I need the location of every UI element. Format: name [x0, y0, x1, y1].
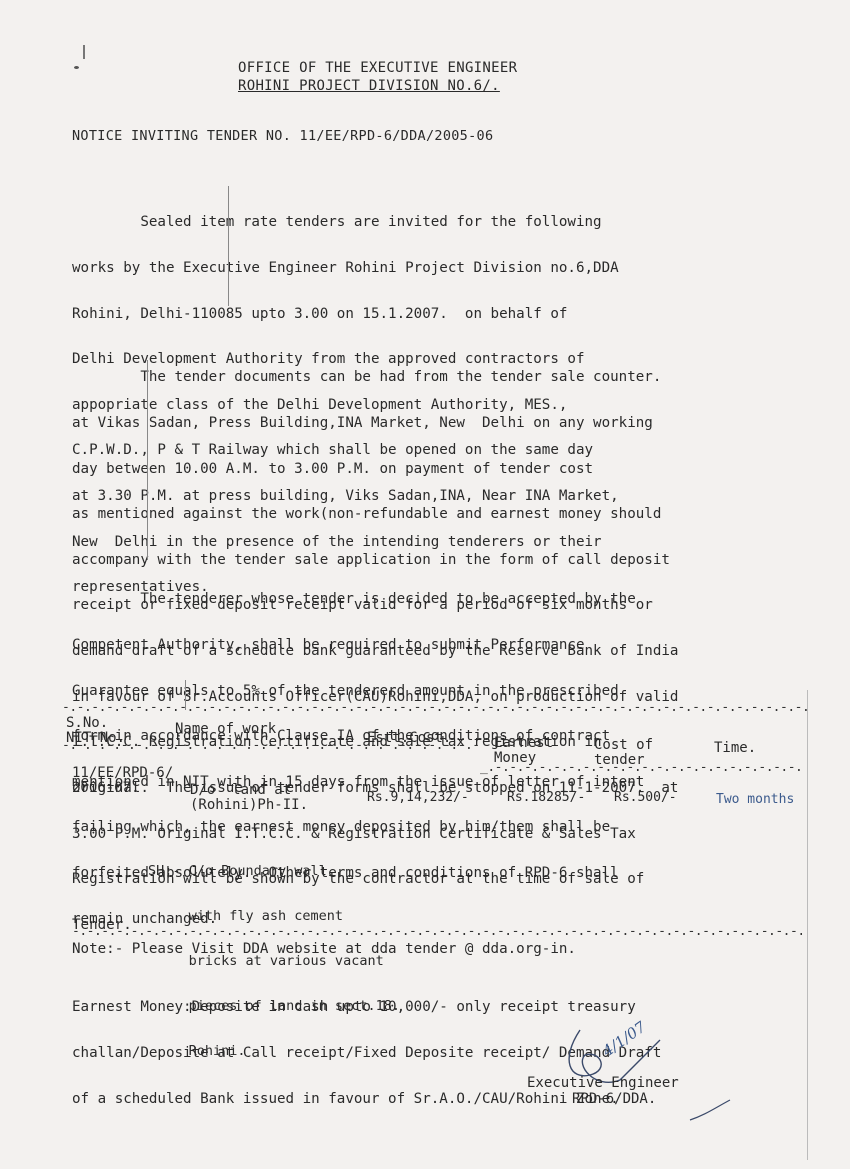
sh-line: with fly ash cement — [148, 909, 400, 924]
division-heading: ROHINI PROJECT DIVISION NO.6/. — [238, 78, 500, 94]
paragraph-line: The tender documents can be had from the… — [72, 370, 678, 385]
paragraph-line: The tenderer whose tender is decided to … — [72, 592, 644, 607]
table-bottom-rule: -.-.-.-.-.-.-.-.-.-.-.-.-.-.-.-.-.-.-.-.… — [72, 924, 802, 939]
office-heading: OFFICE OF THE EXECUTIVE ENGINEER — [238, 60, 517, 76]
notice-title: NOTICE INVITING TENDER NO. 11/EE/RPD-6/D… — [72, 128, 493, 144]
cell-earnest-money: Rs.18285/- — [507, 790, 585, 805]
scan-artifact-line — [807, 690, 808, 1160]
paragraph-line: as mentioned against the work(non-refund… — [72, 507, 678, 522]
cell-name-1: D/o land at — [190, 782, 291, 798]
col-header-tender-cost-2: tender — [594, 752, 645, 768]
document-page: OFFICE OF THE EXECUTIVE ENGINEER ROHINI … — [0, 0, 850, 1169]
col-header-earnest: Earnest — [494, 735, 553, 751]
col-header-sno: S.No. — [66, 715, 108, 731]
scan-speck — [83, 45, 85, 59]
paragraph-line: at Vikas Sadan, Press Building,INA Marke… — [72, 416, 678, 431]
table-top-rule: -.-.-.-.-.-.-.-.-.-.-.-.-.-.-.-.-.-.-.-.… — [62, 700, 807, 715]
website-note: Note:- Please Visit DDA website at dda t… — [72, 942, 576, 957]
col-header-time: Time. — [714, 740, 756, 756]
col-header-tender-cost: Cost of — [594, 737, 653, 753]
col-header-earnest-2: Money — [494, 750, 536, 766]
col-header-cost: Estt.Cost. — [367, 730, 451, 746]
cell-estimated-cost: Rs.9,14,232/- — [367, 790, 469, 805]
cell-tender-cost: Rs.500/- — [614, 790, 677, 805]
cell-time: Two months — [716, 792, 794, 807]
col-header-name: Name of work — [175, 721, 276, 737]
signatory-title: Executive Engineer — [527, 1075, 679, 1091]
paragraph-line: Sealed item rate tenders are invited for… — [72, 215, 619, 230]
sh-line: SH:- C/o Boundary wall — [148, 864, 400, 879]
cell-nit-1: 11/EE/RPD-6/ — [72, 765, 173, 781]
signatory-office: RPD-6/DDA. — [572, 1091, 656, 1107]
paragraph-line: Guarantee equals to 5% of the tendererd … — [72, 684, 644, 699]
paragraph-line: Competent Authority, shall be required t… — [72, 638, 644, 653]
cell-nit-2: 2006-07. — [72, 780, 139, 796]
cell-name-2: (Rohini)Ph-II. — [190, 797, 308, 813]
col-header-nit: NIT No. — [66, 730, 125, 746]
earnest-line: Earnest Money:Deposite in cash upto 10,0… — [72, 1000, 661, 1015]
paragraph-line: Rohini, Delhi-110085 upto 3.00 on 15.1.2… — [72, 307, 619, 322]
scan-artifact-line — [228, 186, 229, 306]
scan-speck — [74, 66, 79, 69]
paragraph-line: works by the Executive Engineer Rohini P… — [72, 261, 619, 276]
scan-artifact-line — [185, 680, 186, 710]
paragraph-line: day between 10.00 A.M. to 3.00 P.M. on p… — [72, 462, 678, 477]
scan-artifact-line — [147, 360, 148, 560]
